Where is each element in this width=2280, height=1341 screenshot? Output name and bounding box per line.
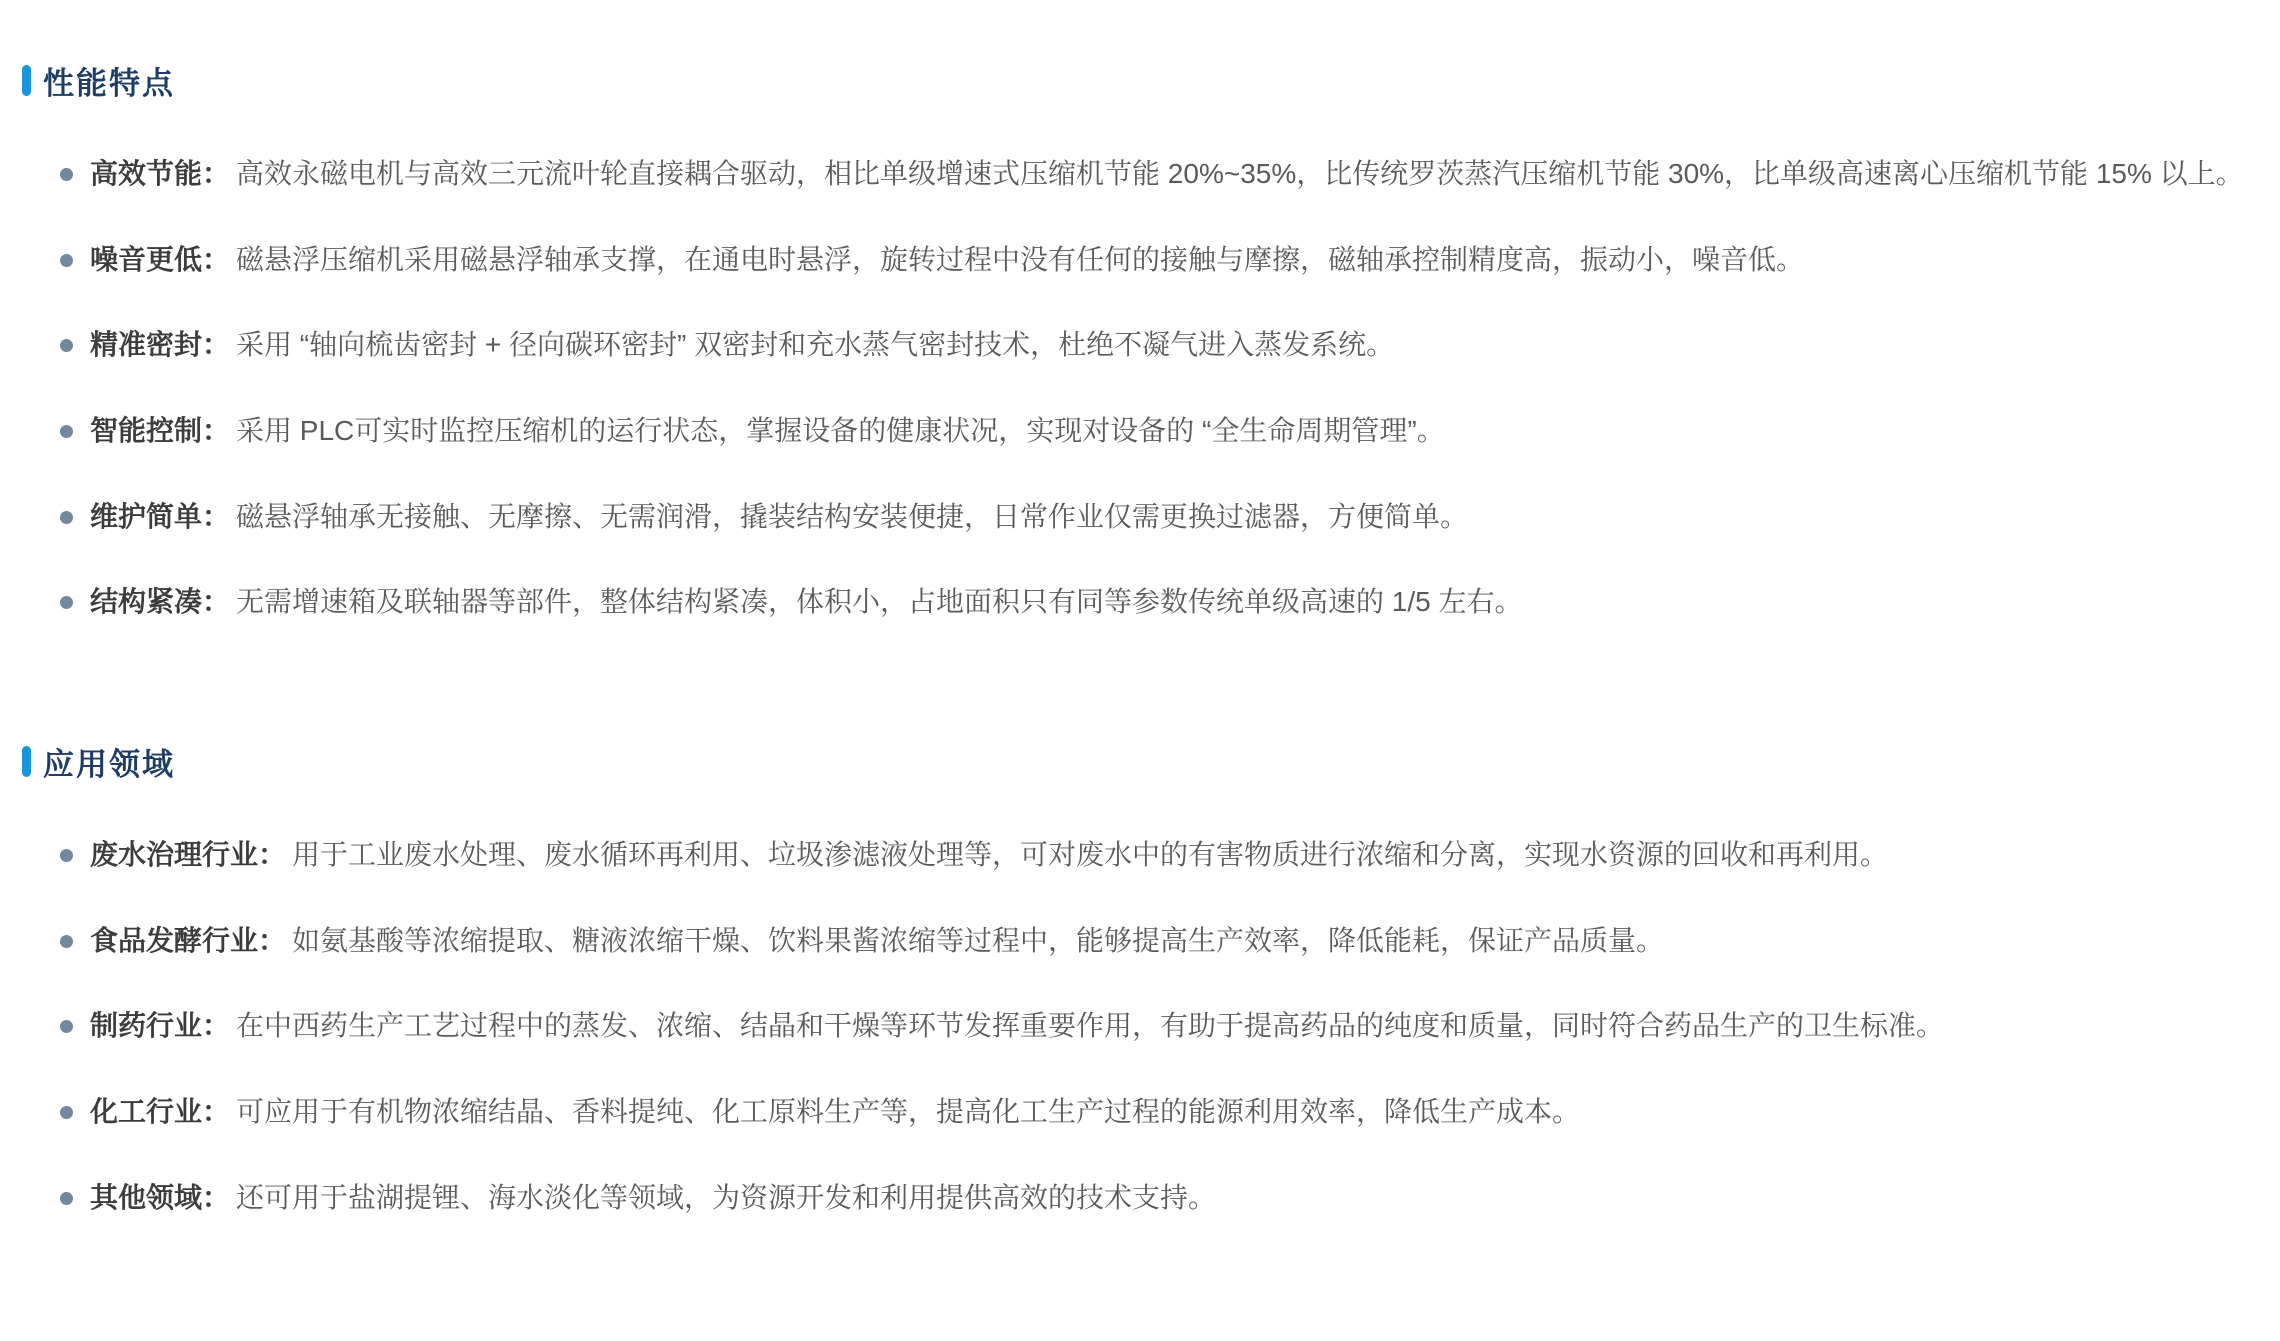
feature-list: 高效节能： 高效永磁电机与高效三元流叶轮直接耦合驱动，相比单级增速式压缩机节能 …: [60, 145, 2254, 631]
item-label: 维护简单：: [90, 488, 230, 546]
item-label: 智能控制：: [90, 402, 230, 460]
item-label: 精准密封：: [90, 316, 230, 374]
item-text: 高效永磁电机与高效三元流叶轮直接耦合驱动，相比单级增速式压缩机节能 20%~35…: [236, 145, 2254, 203]
list-item: 高效节能： 高效永磁电机与高效三元流叶轮直接耦合驱动，相比单级增速式压缩机节能 …: [60, 145, 2254, 203]
bullet-icon: [60, 935, 73, 948]
item-label: 废水治理行业：: [90, 826, 286, 884]
item-text: 如氨基酸等浓缩提取、糖液浓缩干燥、饮料果酱浓缩等过程中，能够提高生产效率，降低能…: [292, 912, 2254, 970]
section-header: 性能特点: [22, 58, 2254, 103]
item-label: 制药行业：: [90, 997, 230, 1055]
list-item: 其他领域： 还可用于盐湖提锂、海水淡化等领域，为资源开发和利用提供高效的技术支持…: [60, 1169, 2254, 1227]
item-text: 磁悬浮轴承无接触、无摩擦、无需润滑，撬装结构安装便捷，日常作业仅需更换过滤器，方…: [236, 488, 2254, 546]
list-item: 化工行业： 可应用于有机物浓缩结晶、香料提纯、化工原料生产等，提高化工生产过程的…: [60, 1083, 2254, 1141]
item-label: 噪音更低：: [90, 231, 230, 289]
item-label: 其他领域：: [90, 1169, 230, 1227]
item-label: 化工行业：: [90, 1083, 230, 1141]
section-performance-features: 性能特点 高效节能： 高效永磁电机与高效三元流叶轮直接耦合驱动，相比单级增速式压…: [22, 58, 2254, 631]
item-text: 在中西药生产工艺过程中的蒸发、浓缩、结晶和干燥等环节发挥重要作用，有助于提高药品…: [236, 997, 2254, 1055]
list-item: 食品发酵行业： 如氨基酸等浓缩提取、糖液浓缩干燥、饮料果酱浓缩等过程中，能够提高…: [60, 912, 2254, 970]
list-item: 智能控制： 采用 PLC可实时监控压缩机的运行状态，掌握设备的健康状况，实现对设…: [60, 402, 2254, 460]
bullet-icon: [60, 339, 73, 352]
section-application-areas: 应用领域 废水治理行业： 用于工业废水处理、废水循环再利用、垃圾渗滤液处理等，可…: [22, 739, 2254, 1226]
document-page: 性能特点 高效节能： 高效永磁电机与高效三元流叶轮直接耦合驱动，相比单级增速式压…: [0, 0, 2280, 1341]
item-text: 可应用于有机物浓缩结晶、香料提纯、化工原料生产等，提高化工生产过程的能源利用效率…: [236, 1083, 2254, 1141]
section-title: 应用领域: [43, 739, 175, 784]
list-item: 维护简单： 磁悬浮轴承无接触、无摩擦、无需润滑，撬装结构安装便捷，日常作业仅需更…: [60, 488, 2254, 546]
list-item: 精准密封： 采用 “轴向梳齿密封 + 径向碳环密封” 双密封和充水蒸气密封技术，…: [60, 316, 2254, 374]
bullet-icon: [60, 849, 73, 862]
item-label: 结构紧凑：: [90, 573, 230, 631]
list-item: 废水治理行业： 用于工业废水处理、废水循环再利用、垃圾渗滤液处理等，可对废水中的…: [60, 826, 2254, 884]
bullet-icon: [60, 168, 73, 181]
list-item: 结构紧凑： 无需增速箱及联轴器等部件，整体结构紧凑，体积小，占地面积只有同等参数…: [60, 573, 2254, 631]
bullet-icon: [60, 1020, 73, 1033]
bullet-icon: [60, 254, 73, 267]
item-label: 食品发酵行业：: [90, 912, 286, 970]
bullet-icon: [60, 596, 73, 609]
bullet-icon: [60, 425, 73, 438]
list-item: 制药行业： 在中西药生产工艺过程中的蒸发、浓缩、结晶和干燥等环节发挥重要作用，有…: [60, 997, 2254, 1055]
item-text: 磁悬浮压缩机采用磁悬浮轴承支撑，在通电时悬浮，旋转过程中没有任何的接触与摩擦，磁…: [236, 231, 2254, 289]
application-list: 废水治理行业： 用于工业废水处理、废水循环再利用、垃圾渗滤液处理等，可对废水中的…: [60, 826, 2254, 1226]
item-text: 采用 PLC可实时监控压缩机的运行状态，掌握设备的健康状况，实现对设备的 “全生…: [236, 402, 2254, 460]
item-text: 无需增速箱及联轴器等部件，整体结构紧凑，体积小，占地面积只有同等参数传统单级高速…: [236, 573, 2254, 631]
section-header: 应用领域: [22, 739, 2254, 784]
item-text: 还可用于盐湖提锂、海水淡化等领域，为资源开发和利用提供高效的技术支持。: [236, 1169, 2254, 1227]
accent-bar-icon: [22, 746, 31, 777]
item-text: 用于工业废水处理、废水循环再利用、垃圾渗滤液处理等，可对废水中的有害物质进行浓缩…: [292, 826, 2254, 884]
bullet-icon: [60, 511, 73, 524]
bullet-icon: [60, 1192, 73, 1205]
item-label: 高效节能：: [90, 145, 230, 203]
section-title: 性能特点: [43, 58, 175, 103]
accent-bar-icon: [22, 65, 31, 96]
item-text: 采用 “轴向梳齿密封 + 径向碳环密封” 双密封和充水蒸气密封技术，杜绝不凝气进…: [236, 316, 2254, 374]
bullet-icon: [60, 1106, 73, 1119]
list-item: 噪音更低： 磁悬浮压缩机采用磁悬浮轴承支撑，在通电时悬浮，旋转过程中没有任何的接…: [60, 231, 2254, 289]
